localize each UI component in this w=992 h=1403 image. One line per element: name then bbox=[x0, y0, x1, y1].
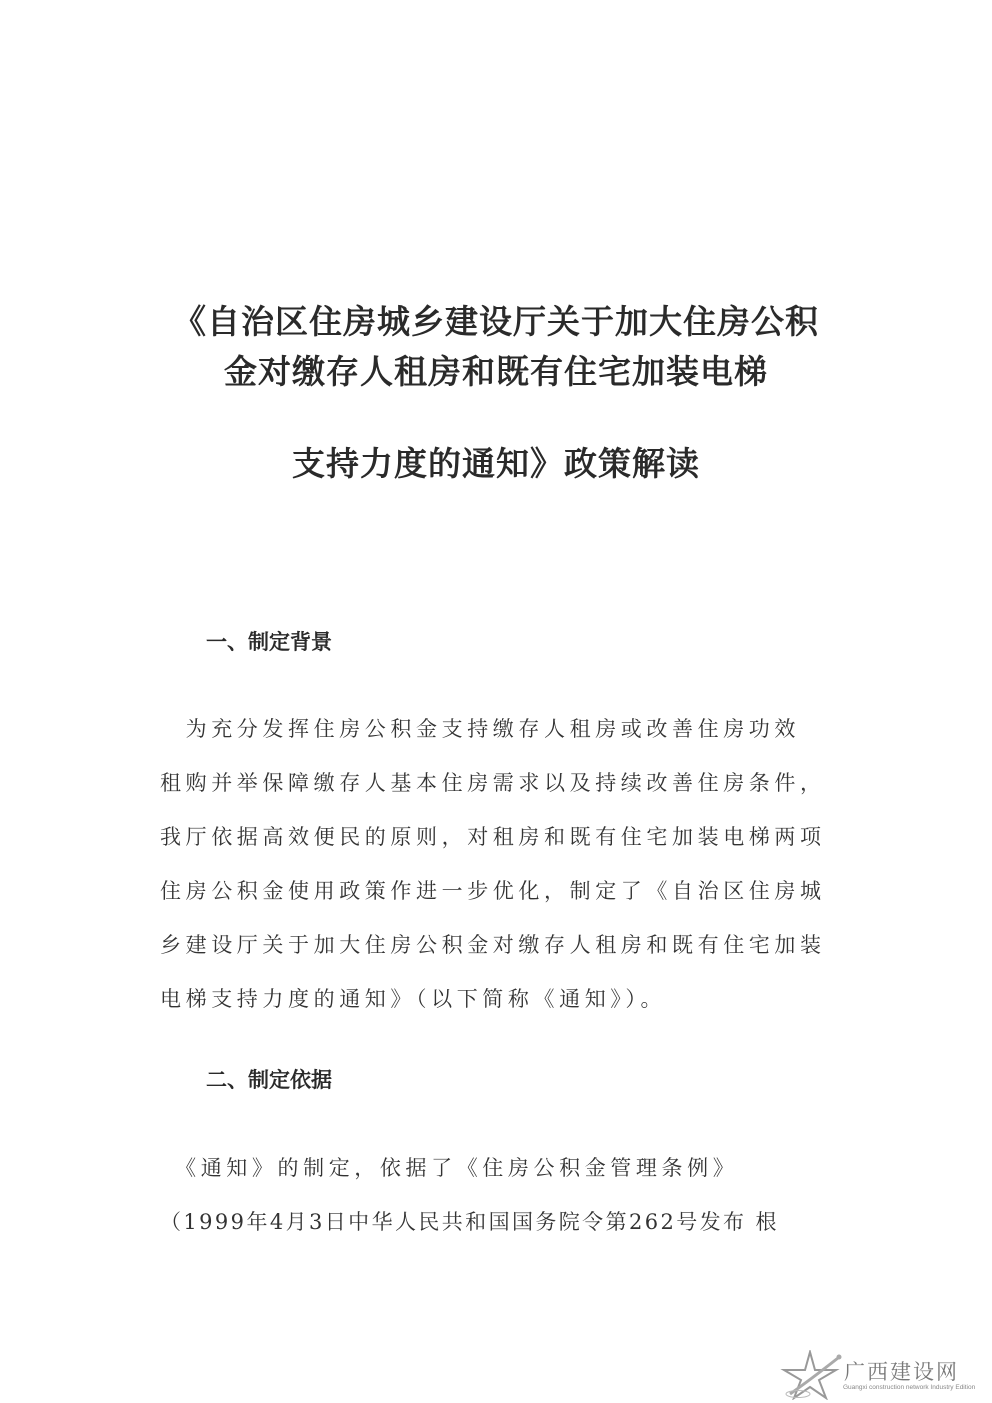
paragraph-line: （1999年4月3日中华人民共和国国务院令第262号发布 根 bbox=[160, 1207, 860, 1237]
document-title-line-3: 支持力度的通知》政策解读 bbox=[0, 444, 992, 484]
watermark-name-cn: 广西建设网 bbox=[844, 1356, 959, 1386]
paragraph-line: 租购并举保障缴存人基本住房需求以及持续改善住房条件， bbox=[160, 768, 860, 798]
paragraph-line: 乡建设厅关于加大住房公积金对缴存人租房和既有住宅加装 bbox=[160, 930, 860, 960]
paragraph-line: 住房公积金使用政策作进一步优化，制定了《自治区住房城 bbox=[160, 876, 860, 906]
document-title-line-2: 金对缴存人租房和既有住宅加装电梯 bbox=[0, 352, 992, 392]
section-heading-background: 一、制定背景 bbox=[206, 627, 332, 657]
section-heading-basis: 二、制定依据 bbox=[206, 1065, 332, 1095]
paragraph-line: 《通知》的制定，依据了《住房公积金管理条例》 bbox=[160, 1153, 860, 1183]
paragraph-line: 电梯支持力度的通知》（以下简称《通知》）。 bbox=[160, 984, 860, 1014]
paragraph-line: 为充分发挥住房公积金支持缴存人租房或改善住房功效 bbox=[160, 714, 860, 744]
document-title-line-1: 《自治区住房城乡建设厅关于加大住房公积 bbox=[0, 302, 992, 342]
watermark-name-en: Guangxi construction network Industry Ed… bbox=[843, 1384, 975, 1391]
star-logo-icon bbox=[780, 1350, 842, 1400]
watermark-logo: 广西建设网 Guangxi construction network Indus… bbox=[780, 1350, 990, 1400]
document-page: 《自治区住房城乡建设厅关于加大住房公积 金对缴存人租房和既有住宅加装电梯 支持力… bbox=[0, 0, 992, 1403]
paragraph-line: 我厅依据高效便民的原则，对租房和既有住宅加装电梯两项 bbox=[160, 822, 860, 852]
